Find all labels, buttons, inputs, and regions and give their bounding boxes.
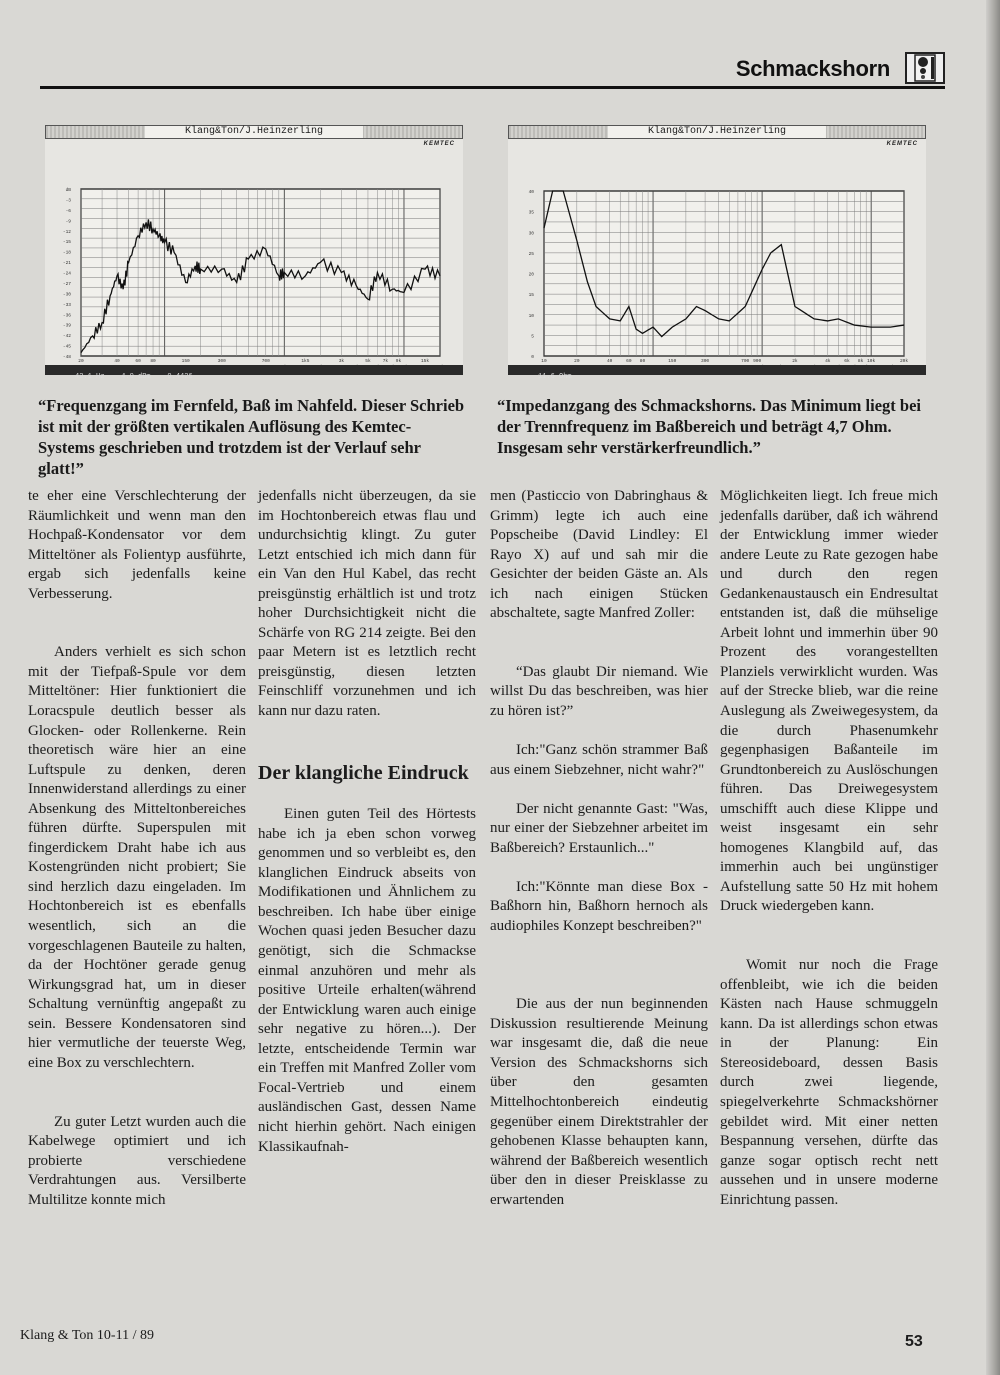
svg-text:-6: -6 [66, 208, 72, 214]
svg-text:40: 40 [529, 189, 535, 195]
svg-text:-21: -21 [63, 260, 71, 266]
svg-text:300: 300 [701, 358, 709, 364]
paragraph: Zu guter Letzt wurden auch die Kabelwege… [28, 1113, 246, 1211]
svg-text:-45: -45 [63, 344, 71, 350]
subheading: Der klangliche Eindruck [258, 761, 476, 786]
paragraph-gap [490, 780, 708, 800]
text-column-2: jedenfalls nicht überzeugen, da sie im H… [258, 487, 476, 1157]
svg-text:60: 60 [626, 358, 632, 364]
text-column-3: men (Pasticcio von Dabringhaus & Grimm) … [490, 487, 708, 1210]
svg-text:0: 0 [531, 354, 534, 360]
paragraph-gap [490, 937, 708, 996]
chart-statusbar: 42.1 Hz 4.0 dBm 0.4426 [45, 365, 463, 375]
svg-text:15k: 15k [421, 358, 429, 364]
svg-text:-12: -12 [63, 229, 71, 235]
speaker-icon [905, 52, 945, 84]
svg-text:-3: -3 [66, 197, 72, 203]
paragraph-gap [28, 604, 246, 643]
paragraph: Der nicht genannte Gast: "Was, nur einer… [490, 800, 708, 859]
svg-text:5k: 5k [365, 358, 371, 364]
page-number: 53 [905, 1333, 923, 1351]
issue-label: Klang & Ton 10-11 / 89 [20, 1328, 154, 1344]
text-column-4: Möglichkeiten liegt. Ich freue mich jede… [720, 487, 938, 1210]
svg-text:80: 80 [640, 358, 646, 364]
svg-text:60: 60 [135, 358, 141, 364]
svg-text:80: 80 [150, 358, 156, 364]
svg-text:700: 700 [262, 358, 270, 364]
paragraph: jedenfalls nicht überzeugen, da sie im H… [258, 487, 476, 722]
svg-text:-18: -18 [63, 250, 71, 256]
svg-text:dB: dB [66, 187, 72, 193]
svg-text:-33: -33 [63, 302, 71, 308]
paragraph-gap [720, 917, 938, 956]
svg-text:-9: -9 [66, 218, 72, 224]
svg-text:9k: 9k [396, 358, 402, 364]
frequency-response-plot: dB-3-6-9-12-15-18-21-24-27-30-33-36-39-4… [45, 125, 463, 365]
paragraph-gap [258, 786, 476, 806]
svg-text:-15: -15 [63, 239, 71, 245]
svg-text:900: 900 [753, 358, 761, 364]
svg-text:20k: 20k [900, 358, 908, 364]
svg-text:-27: -27 [63, 281, 71, 287]
paragraph: Anders verhielt es sich schon mit der Ti… [28, 643, 246, 1073]
svg-text:1k5: 1k5 [301, 358, 309, 364]
svg-text:3k: 3k [339, 358, 345, 364]
paragraph-gap [28, 1073, 246, 1112]
paragraph-gap [490, 624, 708, 663]
svg-text:10k: 10k [867, 358, 875, 364]
paragraph: te eher eine Verschlechterung der Räumli… [28, 487, 246, 604]
paragraph: men (Pasticcio von Dabringhaus & Grimm) … [490, 487, 708, 624]
svg-text:-48: -48 [63, 354, 71, 360]
paragraph-gap [490, 722, 708, 742]
svg-text:10: 10 [541, 358, 547, 364]
svg-text:30: 30 [529, 230, 535, 236]
svg-text:-39: -39 [63, 323, 71, 329]
svg-text:-42: -42 [63, 333, 71, 339]
svg-text:300: 300 [218, 358, 226, 364]
svg-text:15: 15 [529, 292, 535, 298]
svg-text:7k: 7k [383, 358, 389, 364]
paragraph-gap [490, 858, 708, 878]
figure-caption-1: “Frequenzgang im Fernfeld, Baß im Nahfel… [38, 395, 468, 479]
figure-caption-2: “Impedanzgang des Schmackshorns. Das Min… [497, 395, 947, 458]
svg-text:25: 25 [529, 251, 535, 257]
header-rule [40, 86, 945, 89]
paragraph: Die aus der nun beginnenden Diskussion r… [490, 995, 708, 1210]
svg-text:-24: -24 [63, 271, 71, 277]
svg-text:20: 20 [78, 358, 84, 364]
svg-text:4k: 4k [825, 358, 831, 364]
svg-text:150: 150 [668, 358, 676, 364]
svg-text:20: 20 [529, 272, 535, 278]
svg-text:35: 35 [529, 210, 535, 216]
section-title: Schmackshorn [736, 56, 890, 82]
svg-text:40: 40 [114, 358, 120, 364]
text-column-1: te eher eine Verschlechterung der Räumli… [28, 487, 246, 1210]
svg-text:5: 5 [531, 333, 534, 339]
page-edge-shadow [986, 0, 1000, 1375]
paragraph: Ich:"Könnte man diese Box -Baßhorn hin, … [490, 878, 708, 937]
svg-text:150: 150 [182, 358, 190, 364]
paragraph: Möglichkeiten liegt. Ich freue mich jede… [720, 487, 938, 917]
svg-text:6k: 6k [844, 358, 850, 364]
paragraph: Einen guten Teil des Hörtests habe ich j… [258, 805, 476, 1157]
paragraph: “Das glaubt Dir niemand. Wie willst Du d… [490, 663, 708, 722]
svg-text:40: 40 [607, 358, 613, 364]
svg-text:700: 700 [741, 358, 749, 364]
page-header: Schmackshorn [40, 52, 945, 88]
svg-text:10: 10 [529, 313, 535, 319]
svg-text:2k: 2k [792, 358, 798, 364]
svg-text:-30: -30 [63, 291, 71, 297]
paragraph: Womit nur noch die Frage offenbleibt, wi… [720, 956, 938, 1210]
paragraph: Ich:"Ganz schön strammer Baß aus einem S… [490, 741, 708, 780]
svg-text:20: 20 [574, 358, 580, 364]
frequency-response-chart: Klang&Ton/J.Heinzerling KEMTEC dB-3-6-9-… [45, 125, 463, 375]
chart-statusbar: 11.6 Ohm [508, 365, 926, 375]
impedance-chart: Klang&Ton/J.Heinzerling KEMTEC 403530252… [508, 125, 926, 375]
svg-text:-36: -36 [63, 312, 71, 318]
impedance-plot: 4035302520151050101520304050607080100150… [508, 125, 926, 365]
paragraph-gap [258, 722, 476, 761]
svg-text:8k: 8k [858, 358, 864, 364]
